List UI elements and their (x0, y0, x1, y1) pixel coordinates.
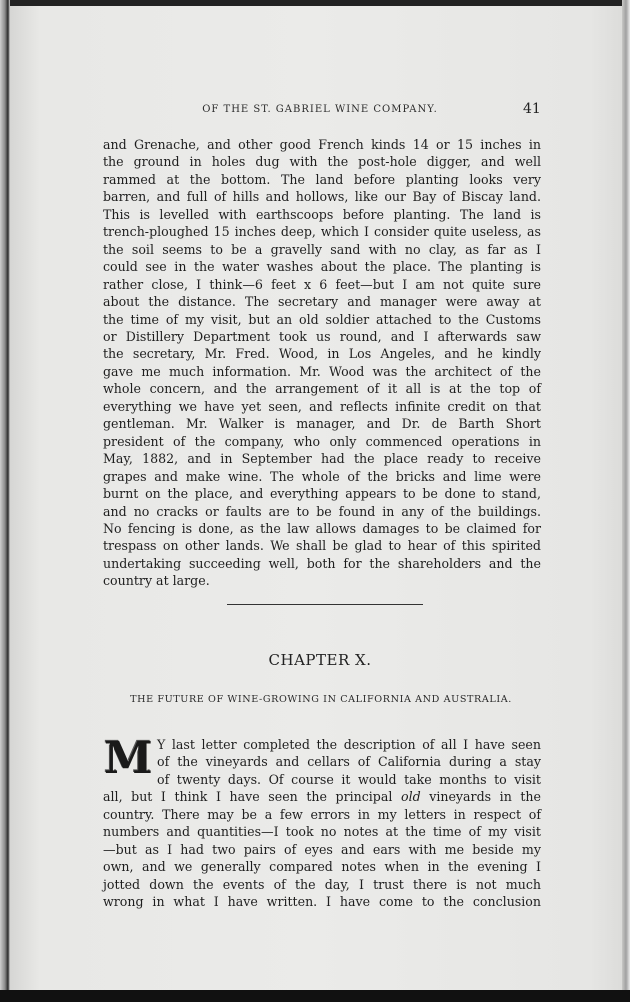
text-line: rammed at the bottom. The land before pl… (103, 171, 541, 188)
text-line: Y last letter completed the description … (103, 736, 541, 753)
text-line: president of the company, who only comme… (103, 433, 541, 450)
text-line: jotted down the events of the day, I tru… (103, 876, 541, 893)
text-line: own, and we generally compared notes whe… (103, 858, 541, 875)
text-line: the ground in holes dug with the post-ho… (103, 153, 541, 170)
text-line: No fencing is done, as the law allows da… (103, 520, 541, 537)
text-line: numbers and quantities—I took no notes a… (103, 823, 541, 840)
text-line: the secretary, Mr. Fred. Wood, in Los An… (103, 345, 541, 362)
text-line: country at large. (103, 572, 541, 589)
text-line: about the distance. The secretary and ma… (103, 293, 541, 310)
text-line: of the vineyards and cellars of Californ… (103, 753, 541, 770)
text-line: and no cracks or faults are to be found … (103, 503, 541, 520)
text-line: of twenty days. Of course it would take … (103, 771, 541, 788)
running-head: OF THE ST. GABRIEL WINE COMPANY. (100, 104, 540, 115)
text-line: gave me much information. Mr. Wood was t… (103, 363, 541, 380)
chapter-subtitle: THE FUTURE OF WINE-GROWING IN CALIFORNIA… (100, 694, 542, 705)
text-line: rather close, I think—6 feet x 6 feet—bu… (103, 276, 541, 293)
paragraph-2: Y last letter completed the description … (103, 736, 541, 911)
text-line: could see in the water washes about the … (103, 258, 541, 275)
page-number: 41 (523, 101, 541, 117)
text-line: gentleman. Mr. Walker is manager, and Dr… (103, 415, 541, 432)
page-right-edge (622, 0, 630, 1002)
text-line: burnt on the place, and everything appea… (103, 485, 541, 502)
text-line: undertaking succeeding well, both for th… (103, 555, 541, 572)
italic-word: old (401, 789, 421, 804)
chapter-title: CHAPTER X. (100, 651, 540, 669)
text-line: whole concern, and the arrangement of it… (103, 380, 541, 397)
text-line: grapes and make wine. The whole of the b… (103, 468, 541, 485)
text-line: all, but I think I have seen the princip… (103, 788, 541, 805)
text-line: barren, and full of hills and hollows, l… (103, 188, 541, 205)
text-line: and Grenache, and other good French kind… (103, 136, 541, 153)
text-line: wrong in what I have written. I have com… (103, 893, 541, 910)
text-line: the soil seems to be a gravelly sand wit… (103, 241, 541, 258)
text-line: everything we have yet seen, and reflect… (103, 398, 541, 415)
text-line: trench-ploughed 15 inches deep, which I … (103, 223, 541, 240)
book-spine-edge (0, 0, 10, 1002)
text-line: This is levelled with earthscoops before… (103, 206, 541, 223)
text-line: May, 1882, and in September had the plac… (103, 450, 541, 467)
text-line: country. There may be a few errors in my… (103, 806, 541, 823)
text-segment: vineyards in the (421, 789, 541, 804)
paragraph-1: and Grenache, and other good French kind… (103, 136, 541, 590)
text-segment: all, but I think I have seen the princip… (103, 789, 401, 804)
text-line: or Distillery Department took us round, … (103, 328, 541, 345)
scan-bottom-border (0, 990, 630, 1002)
text-line: the time of my visit, but an old soldier… (103, 311, 541, 328)
text-line: —but as I had two pairs of eyes and ears… (103, 841, 541, 858)
section-divider (227, 604, 423, 605)
text-line: trespass on other lands. We shall be gla… (103, 537, 541, 554)
